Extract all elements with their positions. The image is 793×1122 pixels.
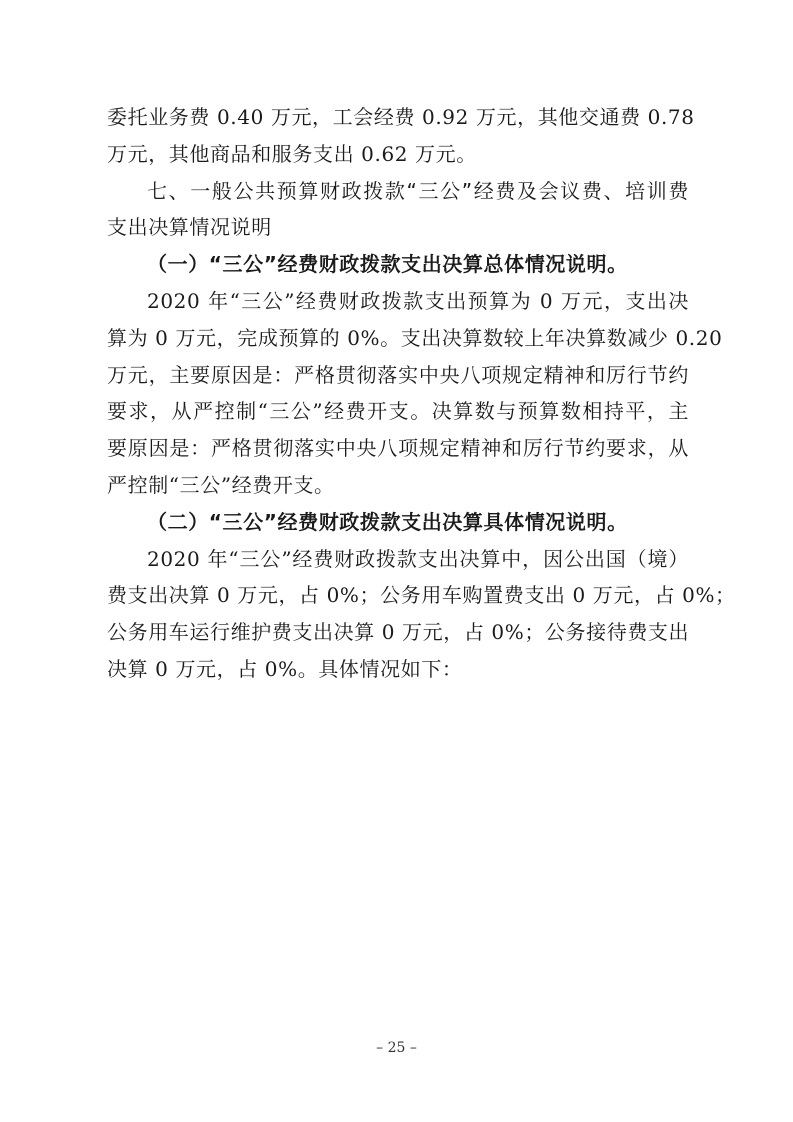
paragraph-line: 万元，其他商品和服务支出 0.62 万元。 — [107, 136, 689, 173]
paragraph-line: 万元，主要原因是：严格贯彻落实中央八项规定精神和厉行节约 — [107, 357, 689, 394]
paragraph-line: 严控制“三公”经费开支。 — [107, 467, 689, 504]
paragraph-line: 要求，从严控制“三公”经费开支。决算数与预算数相持平，主 — [107, 393, 689, 430]
paragraph-line: 2020 年“三公”经费财政拨款支出决算中，因公出国（境） — [107, 541, 689, 578]
section-heading-7-cont: 支出决算情况说明 — [107, 209, 689, 246]
paragraph-line: 委托业务费 0.40 万元，工会经费 0.92 万元，其他交通费 0.78 — [107, 99, 689, 136]
paragraph-line: 公务用车运行维护费支出决算 0 万元，占 0%；公务接待费支出 — [107, 614, 689, 651]
paragraph-line: 算为 0 万元，完成预算的 0%。支出决算数较上年决算数减少 0.20 — [107, 320, 689, 357]
paragraph-line: 要原因是：严格贯彻落实中央八项规定精神和厉行节约要求，从 — [107, 430, 689, 467]
subsection-heading-2: （二）“三公”经费财政拨款支出决算具体情况说明。 — [107, 504, 689, 541]
section-heading-7: 七、一般公共预算财政拨款“三公”经费及会议费、培训费 — [107, 173, 689, 210]
paragraph-line: 费支出决算 0 万元，占 0%；公务用车购置费支出 0 万元，占 0%； — [107, 577, 689, 614]
page-number: – 25 – — [0, 1040, 793, 1056]
document-page: 委托业务费 0.40 万元，工会经费 0.92 万元，其他交通费 0.78 万元… — [107, 99, 689, 688]
paragraph-line: 2020 年“三公”经费财政拨款支出预算为 0 万元，支出决 — [107, 283, 689, 320]
paragraph-line: 决算 0 万元，占 0%。具体情况如下： — [107, 651, 689, 688]
subsection-heading-1: （一）“三公”经费财政拨款支出决算总体情况说明。 — [107, 246, 689, 283]
